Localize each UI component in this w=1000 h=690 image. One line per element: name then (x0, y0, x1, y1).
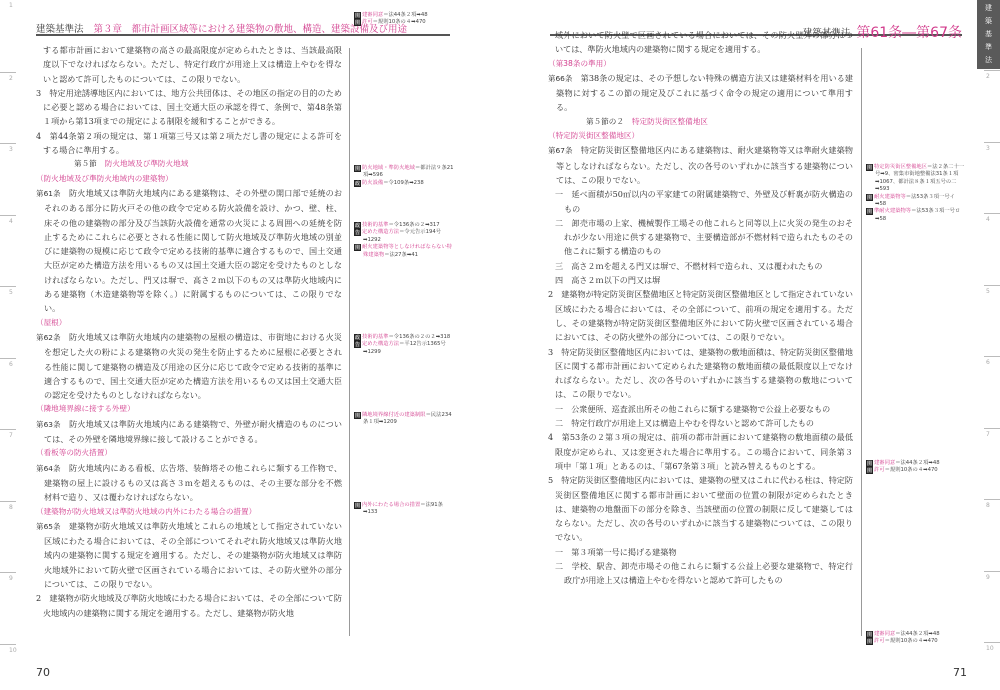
article-text: 第38条の規定は、その予想しない特殊の構造方法又は建築材料を用いる建築物に対する… (556, 73, 853, 113)
line-tick: 8 (984, 499, 1000, 509)
paragraph-continued: する都市計画において建築物の高さの最高限度が定められたときは、当該最高限度以下で… (36, 43, 342, 86)
article-number: 第67条 (548, 146, 573, 155)
reference-note: 関建審同意＝法44条２項➡48関許可＝規則10条の４➡470 (866, 460, 966, 475)
line-tick: 6 (984, 356, 1000, 366)
article-text: 特定防災街区整備地区内にある建築物は、耐火建築物等又は準耐火建築物等としなければ… (556, 145, 853, 185)
paragraph: 2 建築物が特定防災街区整備地区と特定防災街区整備地区として指定されていない区域… (548, 287, 853, 344)
line-tick: 7 (984, 428, 1000, 438)
body-text: 域外において防火壁で区画されている場合においては、その防火壁外の部分については、… (548, 28, 853, 588)
reference-type-icon: 政 (354, 180, 361, 187)
article: 第61条 防火地域又は準防火地域内にある建築物は、その外壁の開口部で延焼のおそれ… (36, 186, 342, 316)
line-tick: 5 (0, 286, 16, 296)
reference-note: 政技術的基準＝令136条の２➡317告定めた構造方法＝令元告示194号➡1292… (354, 222, 454, 259)
reference-note: 関隣地境界線付近の建築制限＝民法234条１項➡1209 (354, 412, 454, 427)
article-number: 第66条 (548, 74, 572, 83)
reference-row: 関内外にわたる場合の措置＝法91条➡133 (354, 502, 454, 517)
line-tick: 10 (0, 644, 16, 654)
reference-row: 政防火設備＝令109条➡238 (354, 180, 454, 187)
article-caption: （隣地境界線に接する外壁） (36, 402, 342, 416)
article-caption: （看板等の防火措置） (36, 446, 342, 460)
line-tick: 1 (0, 0, 16, 9)
reference-type-icon: 関 (354, 19, 361, 26)
paragraph: 2 建築物が防火地域及び準防火地域にわたる場合においては、その全部について防火地… (36, 591, 342, 620)
reference-term: 許可 (874, 467, 885, 473)
reference-citation: ＝法27条➡41 (384, 252, 418, 258)
right-page: 建築基準法 2345678910 建築基準法第61条―第67条 域外において防火… (500, 0, 1000, 690)
reference-citation: ＝規則10条の４➡470 (373, 19, 426, 25)
reference-term: 許可 (362, 19, 373, 25)
article: 第66条 第38条の規定は、その予想しない特殊の構造方法又は建築材料を用いる建築… (548, 71, 853, 115)
reference-term: 建審同意 (874, 631, 895, 637)
line-tick: 9 (984, 571, 1000, 581)
page-number: 70 (36, 666, 50, 679)
reference-note: 関建審同意＝法44条２項➡48関許可＝規則10条の４➡470 (354, 12, 454, 27)
list-item: 一 公衆便所、巡査派出所その他これらに類する建築物で公益上必要なもの (548, 402, 853, 416)
reference-row: 関準耐火建築物等＝法53条３項一号ロ➡58 (866, 208, 966, 223)
reference-type-icon: 関 (866, 460, 873, 467)
reference-citation: ＝法44条２項➡48 (383, 12, 427, 18)
article-range: 第61条―第67条 (856, 25, 962, 41)
column-divider (861, 48, 862, 636)
list-item: 一 延べ面積が50㎡以内の平家建ての附属建築物で、外壁及び軒裏が防火構造のもの (548, 187, 853, 216)
article-caption: （屋根） (36, 316, 342, 330)
article-text: 防火地域又は準防火地域内にある建築物で、外壁が耐火構造のものについては、その外壁… (44, 419, 342, 444)
list-item: 二 特定行政庁が用途上又は構造上やむを得ないと認めて許可したもの (548, 416, 853, 430)
line-tick: 7 (0, 429, 16, 439)
paragraph-continued: 域外において防火壁で区画されている場合においては、その防火壁外の部分については、… (548, 28, 853, 57)
article-caption: （特定防災街区整備地区） (548, 129, 853, 143)
article-caption: （防火地域及び準防火地域内の建築物） (36, 172, 342, 186)
reference-row: 告定めた構造方法＝平12告示1365号➡1299 (354, 341, 454, 356)
reference-type-icon: 関 (866, 467, 873, 474)
reference-row: 関許可＝規則10条の４➡470 (866, 638, 966, 645)
line-ticks-left: 12345678910 (0, 0, 16, 690)
reference-citation: ＝法44条２項➡48 (895, 460, 939, 466)
reference-note: 関建審同意＝法44条２項➡48関許可＝規則10条の４➡470 (866, 631, 966, 646)
line-tick: 2 (0, 72, 16, 82)
reference-type-icon: 関 (866, 164, 873, 171)
section-title: 防火地域及び準防火地域 (105, 159, 189, 168)
reference-citation: ＝規則10条の４➡470 (885, 638, 938, 644)
reference-type-icon: 政 (354, 334, 361, 341)
reference-row: 関許可＝規則10条の４➡470 (866, 467, 966, 474)
page-number: 71 (953, 666, 967, 679)
list-item: 四 高さ２ｍ以下の門又は塀 (548, 273, 853, 287)
article-number: 第64条 (36, 464, 61, 473)
list-item: 三 高さ２ｍを超える門又は塀で、不燃材料で造られ、又は覆われたもの (548, 259, 853, 273)
reference-term: 特定防災街区整備地区 (874, 164, 927, 170)
reference-type-icon: 関 (866, 638, 873, 645)
reference-citation: ＝令136条の２の２➡318 (389, 334, 451, 340)
article: 第65条 建築物が防火地域又は準防火地域とこれらの地域として指定されていない区域… (36, 519, 342, 591)
line-tick: 2 (984, 70, 1000, 80)
line-tick: 5 (984, 285, 1000, 295)
reference-type-icon: 関 (354, 412, 361, 419)
article: 第63条 防火地域又は準防火地域内にある建築物で、外壁が耐火構造のものについては… (36, 417, 342, 447)
reference-term: 建審同意 (362, 12, 383, 18)
reference-type-icon: 関 (354, 165, 361, 172)
section-title: 特定防災街区整備地区 (632, 117, 708, 126)
reference-type-icon: 告 (354, 229, 361, 236)
reference-citation: ＝規則10条の４➡470 (885, 467, 938, 473)
reference-row: 関特定防災街区整備地区＝法２条二十一号➡9、密集市街地整備法31条１項➡1067… (866, 164, 966, 194)
reference-citation: ＝令136条の２➡317 (389, 222, 440, 228)
reference-note: 関防火地域・準防火地域＝都計法９条21項➡596政防火設備＝令109条➡238 (354, 165, 454, 187)
reference-term: 許可 (874, 638, 885, 644)
article-number: 第63条 (36, 420, 61, 429)
reference-row: 告定めた構造方法＝令元告示194号➡1292 (354, 229, 454, 244)
reference-row: 関許可＝規則10条の４➡470 (354, 19, 454, 26)
line-tick: 6 (0, 358, 16, 368)
reference-term: 耐火建築物等 (874, 194, 906, 200)
reference-note: 政技術的基準＝令136条の２の２➡318告定めた構造方法＝平12告示1365号➡… (354, 334, 454, 356)
article-number: 第61条 (36, 189, 61, 198)
article-caption: （第38条の準用） (548, 57, 853, 71)
reference-term: 防火設備 (362, 180, 383, 186)
section-heading: 第５節の２特定防災街区整備地区 (548, 115, 853, 129)
reference-term: 隣地境界線付近の建築制限 (362, 412, 426, 418)
reference-type-icon: 関 (866, 208, 873, 215)
paragraph: 5 特定防災街区整備地区内においては、建築物の壁又はこれに代わる柱は、特定防災街… (548, 473, 853, 544)
reference-term: 防火地域・準防火地域 (362, 165, 415, 171)
article-number: 第65条 (36, 522, 61, 531)
reference-citation: ＝法44条２項➡48 (895, 631, 939, 637)
article-number: 第62条 (36, 333, 61, 342)
reference-type-icon: 関 (866, 194, 873, 201)
section-number: 第５節の２ (586, 117, 624, 126)
reference-type-icon: 告 (354, 341, 361, 348)
paragraph: 3 特定用途誘導地区内においては、地方公共団体は、その地区の指定の目的のために必… (36, 86, 342, 129)
line-tick: 10 (984, 642, 1000, 652)
article-caption: （建築物が防火地域又は準防火地域の内外にわたる場合の措置） (36, 505, 342, 519)
paragraph: 4 第44条第２項の規定は、第１項第三号又は第２項ただし書の規定による許可をする… (36, 129, 342, 158)
reference-type-icon: 政 (354, 222, 361, 229)
line-tick: 4 (0, 215, 16, 225)
line-tick: 3 (984, 142, 1000, 152)
section-number: 第５節 (74, 159, 97, 168)
list-item: 一 第３項第一号に掲げる建築物 (548, 545, 853, 559)
line-ticks-right: 2345678910 (984, 0, 1000, 690)
reference-row: 関耐火建築物等としなければならない特殊建築物＝法27条➡41 (354, 244, 454, 259)
line-tick: 3 (0, 143, 16, 153)
article: 第67条 特定防災街区整備地区内にある建築物は、耐火建築物等又は準耐火建築物等と… (548, 143, 853, 187)
reference-term: 定めた構造方法 (362, 229, 399, 235)
reference-type-icon: 関 (354, 12, 361, 19)
reference-note: 関内外にわたる場合の措置＝法91条➡133 (354, 502, 454, 517)
paragraph: 4 第53条の２第３項の規定は、前項の都市計画において建築物の敷地面積の最低限度… (548, 430, 853, 473)
line-tick: 4 (984, 213, 1000, 223)
reference-term: 建審同意 (874, 460, 895, 466)
reference-term: 定めた構造方法 (362, 341, 399, 347)
body-text: する都市計画において建築物の高さの最高限度が定められたときは、当該最高限度以下で… (36, 43, 342, 620)
line-tick: 9 (0, 572, 16, 582)
article-text: 建築物が防火地域又は準防火地域とこれらの地域として指定されていない区域にわたる場… (44, 521, 342, 589)
section-heading: 第５節防火地域及び準防火地域 (36, 157, 342, 171)
reference-type-icon: 関 (866, 631, 873, 638)
paragraph: 3 特定防災街区整備地区内においては、建築物の敷地面積は、特定防災街区整備地区に… (548, 345, 853, 402)
reference-term: 技術的基準 (362, 222, 389, 228)
reference-type-icon: 関 (354, 244, 361, 251)
reference-row: 関隣地境界線付近の建築制限＝民法234条１項➡1209 (354, 412, 454, 427)
reference-type-icon: 関 (354, 502, 361, 509)
law-title: 建築基準法 (36, 24, 84, 35)
reference-term: 技術的基準 (362, 334, 389, 340)
article-text: 防火地域又は準防火地域内の建築物の屋根の構造は、市街地における火災を想定した火の… (44, 332, 342, 400)
line-tick: 8 (0, 501, 16, 511)
reference-term: 準耐火建築物等 (874, 208, 911, 214)
reference-row: 関防火地域・準防火地域＝都計法９条21項➡596 (354, 165, 454, 180)
list-item: 二 学校、駅舎、卸売市場その他これらに類する公益上必要な建築物で、特定行政庁が用… (548, 559, 853, 588)
column-divider (349, 48, 350, 636)
left-page: 12345678910 建築基準法第３章 都市計画区域等における建築物の敷地、構… (0, 0, 500, 690)
reference-note: 関特定防災街区整備地区＝法２条二十一号➡9、密集市街地整備法31条１項➡1067… (866, 164, 966, 223)
article-text: 防火地域内にある看板、広告塔、装飾塔その他これらに類する工作物で、建築物の屋上に… (44, 463, 342, 503)
reference-row: 関耐火建築物等＝法53条３項一号イ➡58 (866, 194, 966, 209)
reference-citation: ＝令109条➡238 (383, 180, 424, 186)
reference-term: 内外にわたる場合の措置 (362, 502, 420, 508)
article: 第62条 防火地域又は準防火地域内の建築物の屋根の構造は、市街地における火災を想… (36, 330, 342, 402)
article: 第64条 防火地域内にある看板、広告塔、装飾塔その他これらに類する工作物で、建築… (36, 461, 342, 505)
article-text: 防火地域又は準防火地域内にある建築物は、その外壁の開口部で延焼のおそれのある部分… (44, 188, 342, 313)
list-item: 二 卸売市場の上家、機械製作工場その他これらと同等以上に火災の発生のおそれが少な… (548, 216, 853, 259)
